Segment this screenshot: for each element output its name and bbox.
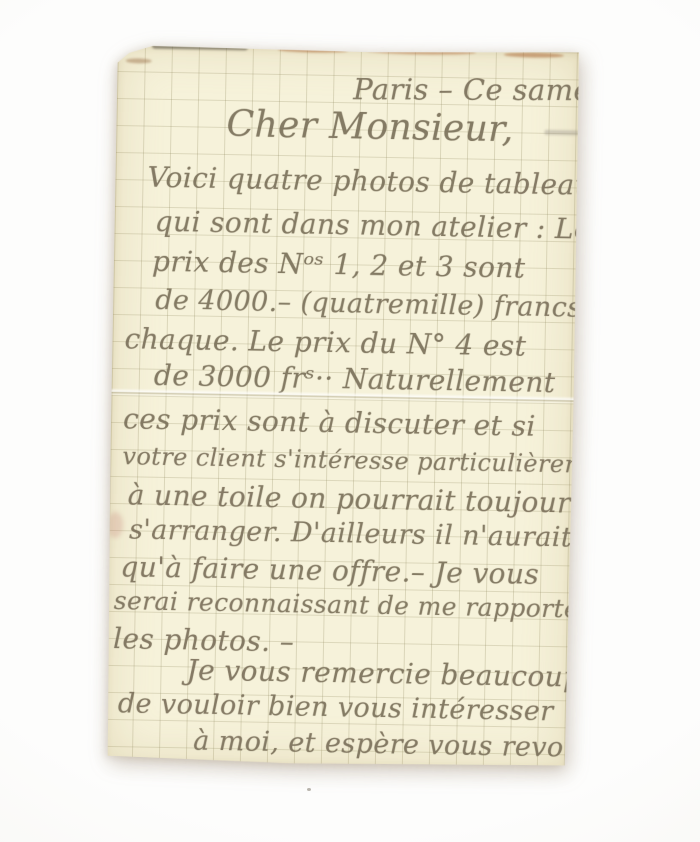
letter-line: chaque. Le prix du N° 4 est [124, 322, 526, 362]
torn-edge-stain [152, 43, 248, 51]
letter-paper: Paris – Ce samedi Cher Monsieur, Voici q… [105, 44, 580, 768]
torn-edge-stain [278, 47, 348, 53]
letter-salutation: Cher Monsieur, [226, 104, 514, 150]
letter-line: de 3000 frˢ·· Naturellement [154, 359, 556, 399]
pencil-smudge [544, 130, 578, 136]
letter-line: qui sont dans mon atelier : Les [154, 205, 606, 246]
letter-line: Voici quatre photos de tableaux [147, 161, 609, 202]
letter-line: votre client s'intéresse particulièremen… [122, 442, 628, 479]
letter-dateline: Paris – Ce samedi [353, 72, 620, 107]
letter-line: ces prix sont à discuter et si [123, 402, 536, 443]
margin-stain [107, 512, 123, 538]
scanned-letter-page: Paris – Ce samedi Cher Monsieur, Voici q… [0, 0, 700, 842]
letter-line: à moi, et espère vous revoir [193, 725, 586, 763]
letter-line: Je vous remercie beaucoup [186, 653, 582, 693]
torn-edge-stain [504, 52, 564, 58]
letter-line: de vouloir bien vous intéresser [118, 688, 554, 727]
letter-line: serai reconnaissant de me rapporter [114, 586, 592, 624]
letter-line: prix des Nᵒˢ 1, 2 et 3 sont [152, 245, 526, 285]
letter-line: s'arranger. D'ailleurs il n'aurait [129, 514, 573, 553]
letter-paper-wrap: Paris – Ce samedi Cher Monsieur, Voici q… [105, 44, 580, 768]
letter-line: de 4000.– (quatremille) francs, [155, 285, 591, 324]
letter-line: à une toile on pourrait toujours [127, 478, 586, 519]
torn-edge-stain [366, 48, 476, 56]
letter-line: qu'à faire une offre.– Je vous [120, 550, 539, 591]
paper-fleck [307, 788, 311, 791]
torn-edge-stain [126, 58, 152, 63]
